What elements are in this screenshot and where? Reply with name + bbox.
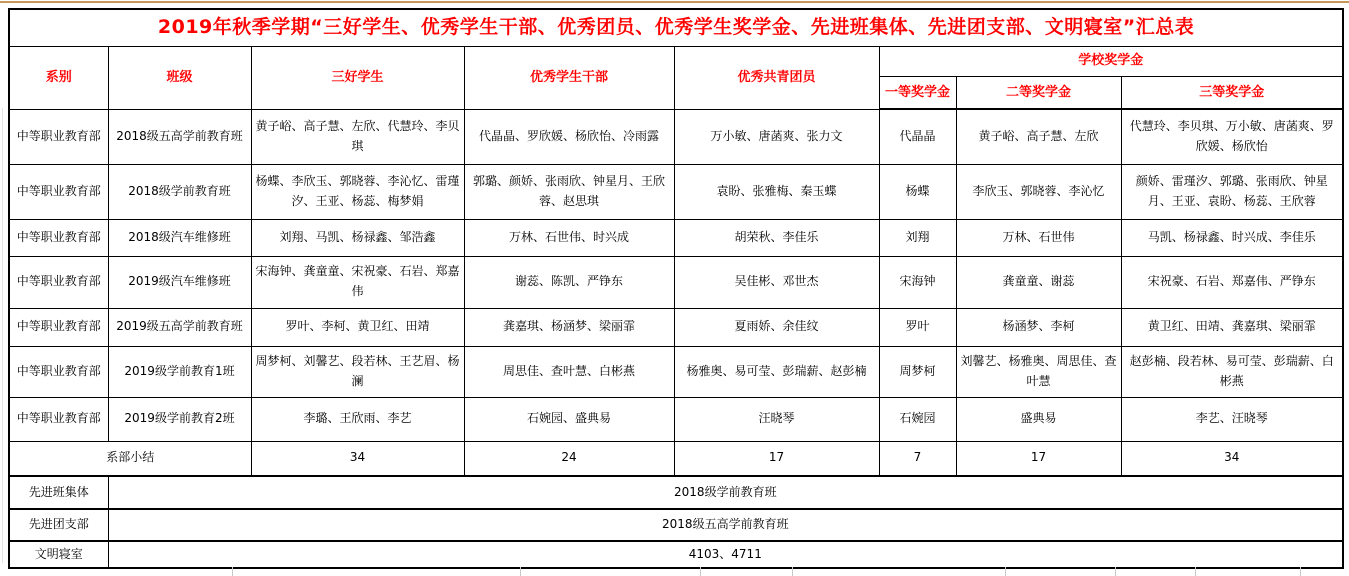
third-scholarship-cell: 黄卫红、田靖、龚嘉琪、梁丽霏 bbox=[1121, 308, 1343, 346]
header-outstanding-cadres: 优秀学生干部 bbox=[464, 46, 674, 109]
advanced-class-label: 先进班集体 bbox=[9, 476, 108, 509]
header-school-scholarship: 学校奖学金 bbox=[879, 46, 1343, 76]
second-scholarship-cell: 杨涵梦、李柯 bbox=[956, 308, 1121, 346]
summary-merit-count: 34 bbox=[251, 441, 464, 476]
next-row-gridline-tick bbox=[232, 567, 233, 576]
award-summary-table: 2019年秋季学期“三好学生、优秀学生干部、优秀团员、优秀学生奖学金、先进班集体… bbox=[8, 8, 1344, 569]
dept-cell: 中等职业教育部 bbox=[9, 219, 108, 256]
table-row: 中等职业教育部 2018级五高学前教育班 黄子峪、高子慧、左欣、代慧玲、李贝琪 … bbox=[9, 109, 1343, 164]
table-row: 中等职业教育部 2018级汽车维修班 刘翔、马凯、杨禄鑫、邹浩鑫 万林、石世伟、… bbox=[9, 219, 1343, 256]
civilized-dorm-value: 4103、4711 bbox=[108, 541, 1343, 568]
spreadsheet-left-gridline-fragment bbox=[2, 108, 3, 563]
header-row-top: 系别 班级 三好学生 优秀学生干部 优秀共青团员 学校奖学金 bbox=[9, 46, 1343, 76]
first-scholarship-cell: 杨蝶 bbox=[879, 164, 956, 219]
next-row-gridline-tick bbox=[1300, 567, 1301, 576]
class-cell: 2019级五高学前教育班 bbox=[108, 308, 251, 346]
third-scholarship-cell: 颜娇、雷瑾汐、郭璐、张雨欣、钟星月、王亚、袁盼、杨蕊、王欣蓉 bbox=[1121, 164, 1343, 219]
civilized-dorm-label: 文明寝室 bbox=[9, 541, 108, 568]
dept-cell: 中等职业教育部 bbox=[9, 346, 108, 397]
merit-students-cell: 刘翔、马凯、杨禄鑫、邹浩鑫 bbox=[251, 219, 464, 256]
dept-cell: 中等职业教育部 bbox=[9, 397, 108, 441]
league-members-cell: 夏雨娇、余佳纹 bbox=[674, 308, 879, 346]
class-cell: 2018级五高学前教育班 bbox=[108, 109, 251, 164]
merit-students-cell: 宋海钟、龚童童、宋祝豪、石岩、郑嘉伟 bbox=[251, 256, 464, 308]
advanced-league-branch-row: 先进团支部 2018级五高学前教育班 bbox=[9, 509, 1343, 541]
league-members-cell: 吴佳彬、邓世杰 bbox=[674, 256, 879, 308]
third-scholarship-cell: 代慧玲、李贝琪、万小敏、唐菡爽、罗欣媛、杨欣怡 bbox=[1121, 109, 1343, 164]
summary-first-count: 7 bbox=[879, 441, 956, 476]
second-scholarship-cell: 刘馨艺、杨雅奥、周思佳、查叶慧 bbox=[956, 346, 1121, 397]
spreadsheet-top-border-line bbox=[0, 1, 1349, 3]
dept-cell: 中等职业教育部 bbox=[9, 164, 108, 219]
class-cell: 2018级学前教育班 bbox=[108, 164, 251, 219]
table-row: 中等职业教育部 2019级学前教育1班 周梦柯、刘馨艺、段若林、王艺眉、杨澜 周… bbox=[9, 346, 1343, 397]
first-scholarship-cell: 代晶晶 bbox=[879, 109, 956, 164]
first-scholarship-cell: 罗叶 bbox=[879, 308, 956, 346]
first-scholarship-cell: 周梦柯 bbox=[879, 346, 956, 397]
table-row: 中等职业教育部 2018级学前教育班 杨蝶、李欣玉、郭晓蓉、李沁忆、雷瑾汐、王亚… bbox=[9, 164, 1343, 219]
second-scholarship-cell: 万林、石世伟 bbox=[956, 219, 1121, 256]
cadres-cell: 周思佳、查叶慧、白彬燕 bbox=[464, 346, 674, 397]
cadres-cell: 谢蕊、陈凯、严铮东 bbox=[464, 256, 674, 308]
header-dept: 系别 bbox=[9, 46, 108, 109]
second-scholarship-cell: 李欣玉、郭晓蓉、李沁忆 bbox=[956, 164, 1121, 219]
table-row: 中等职业教育部 2019级学前教育2班 李璐、王欣雨、李艺 石婉园、盛典易 汪晓… bbox=[9, 397, 1343, 441]
class-cell: 2019级汽车维修班 bbox=[108, 256, 251, 308]
merit-students-cell: 罗叶、李柯、黄卫红、田靖 bbox=[251, 308, 464, 346]
next-row-gridline-tick bbox=[700, 567, 701, 576]
third-scholarship-cell: 李艺、汪晓琴 bbox=[1121, 397, 1343, 441]
merit-students-cell: 杨蝶、李欣玉、郭晓蓉、李沁忆、雷瑾汐、王亚、杨蕊、梅梦娟 bbox=[251, 164, 464, 219]
header-third-class-scholarship: 三等奖学金 bbox=[1121, 76, 1343, 109]
page-title: 2019年秋季学期“三好学生、优秀学生干部、优秀团员、优秀学生奖学金、先进班集体… bbox=[9, 9, 1343, 46]
next-row-gridline-tick bbox=[1195, 567, 1196, 576]
summary-league-count: 17 bbox=[674, 441, 879, 476]
third-scholarship-cell: 马凯、杨禄鑫、时兴成、李佳乐 bbox=[1121, 219, 1343, 256]
league-members-cell: 万小敏、唐菡爽、张力文 bbox=[674, 109, 879, 164]
first-scholarship-cell: 石婉园 bbox=[879, 397, 956, 441]
next-row-gridline-tick bbox=[1005, 567, 1006, 576]
first-scholarship-cell: 宋海钟 bbox=[879, 256, 956, 308]
summary-cadre-count: 24 bbox=[464, 441, 674, 476]
header-first-class-scholarship: 一等奖学金 bbox=[879, 76, 956, 109]
header-class: 班级 bbox=[108, 46, 251, 109]
table-row: 中等职业教育部 2019级五高学前教育班 罗叶、李柯、黄卫红、田靖 龚嘉琪、杨涵… bbox=[9, 308, 1343, 346]
third-scholarship-cell: 宋祝豪、石岩、郑嘉伟、严铮东 bbox=[1121, 256, 1343, 308]
table-title-row: 2019年秋季学期“三好学生、优秀学生干部、优秀团员、优秀学生奖学金、先进班集体… bbox=[9, 9, 1343, 46]
cadres-cell: 石婉园、盛典易 bbox=[464, 397, 674, 441]
advanced-class-value: 2018级学前教育班 bbox=[108, 476, 1343, 509]
second-scholarship-cell: 盛典易 bbox=[956, 397, 1121, 441]
cadres-cell: 代晶晶、罗欣媛、杨欣怡、冷雨露 bbox=[464, 109, 674, 164]
dept-cell: 中等职业教育部 bbox=[9, 256, 108, 308]
league-members-cell: 汪晓琴 bbox=[674, 397, 879, 441]
merit-students-cell: 黄子峪、高子慧、左欣、代慧玲、李贝琪 bbox=[251, 109, 464, 164]
cadres-cell: 万林、石世伟、时兴成 bbox=[464, 219, 674, 256]
league-members-cell: 杨雅奥、易可莹、彭瑞薪、赵彭楠 bbox=[674, 346, 879, 397]
advanced-league-branch-label: 先进团支部 bbox=[9, 509, 108, 541]
next-row-gridline-tick bbox=[520, 567, 521, 576]
next-row-gridline-tick bbox=[792, 567, 793, 576]
header-merit-students: 三好学生 bbox=[251, 46, 464, 109]
table-row: 中等职业教育部 2019级汽车维修班 宋海钟、龚童童、宋祝豪、石岩、郑嘉伟 谢蕊… bbox=[9, 256, 1343, 308]
header-league-members: 优秀共青团员 bbox=[674, 46, 879, 109]
header-second-class-scholarship: 二等奖学金 bbox=[956, 76, 1121, 109]
cadres-cell: 龚嘉琪、杨涵梦、梁丽霏 bbox=[464, 308, 674, 346]
merit-students-cell: 李璐、王欣雨、李艺 bbox=[251, 397, 464, 441]
merit-students-cell: 周梦柯、刘馨艺、段若林、王艺眉、杨澜 bbox=[251, 346, 464, 397]
advanced-class-row: 先进班集体 2018级学前教育班 bbox=[9, 476, 1343, 509]
advanced-league-branch-value: 2018级五高学前教育班 bbox=[108, 509, 1343, 541]
first-scholarship-cell: 刘翔 bbox=[879, 219, 956, 256]
summary-label: 系部小结 bbox=[9, 441, 251, 476]
summary-second-count: 17 bbox=[956, 441, 1121, 476]
civilized-dorm-row: 文明寝室 4103、4711 bbox=[9, 541, 1343, 568]
league-members-cell: 袁盼、张雅梅、秦玉蝶 bbox=[674, 164, 879, 219]
next-row-gridline-tick bbox=[1115, 567, 1116, 576]
class-cell: 2019级学前教育1班 bbox=[108, 346, 251, 397]
class-cell: 2018级汽车维修班 bbox=[108, 219, 251, 256]
class-cell: 2019级学前教育2班 bbox=[108, 397, 251, 441]
second-scholarship-cell: 黄子峪、高子慧、左欣 bbox=[956, 109, 1121, 164]
summary-third-count: 34 bbox=[1121, 441, 1343, 476]
dept-cell: 中等职业教育部 bbox=[9, 109, 108, 164]
third-scholarship-cell: 赵彭楠、段若林、易可莹、彭瑞薪、白彬燕 bbox=[1121, 346, 1343, 397]
cadres-cell: 郭璐、颜娇、张雨欣、钟星月、王欣蓉、赵思琪 bbox=[464, 164, 674, 219]
second-scholarship-cell: 龚童童、谢蕊 bbox=[956, 256, 1121, 308]
summary-row: 系部小结 34 24 17 7 17 34 bbox=[9, 441, 1343, 476]
league-members-cell: 胡荣秋、李佳乐 bbox=[674, 219, 879, 256]
dept-cell: 中等职业教育部 bbox=[9, 308, 108, 346]
